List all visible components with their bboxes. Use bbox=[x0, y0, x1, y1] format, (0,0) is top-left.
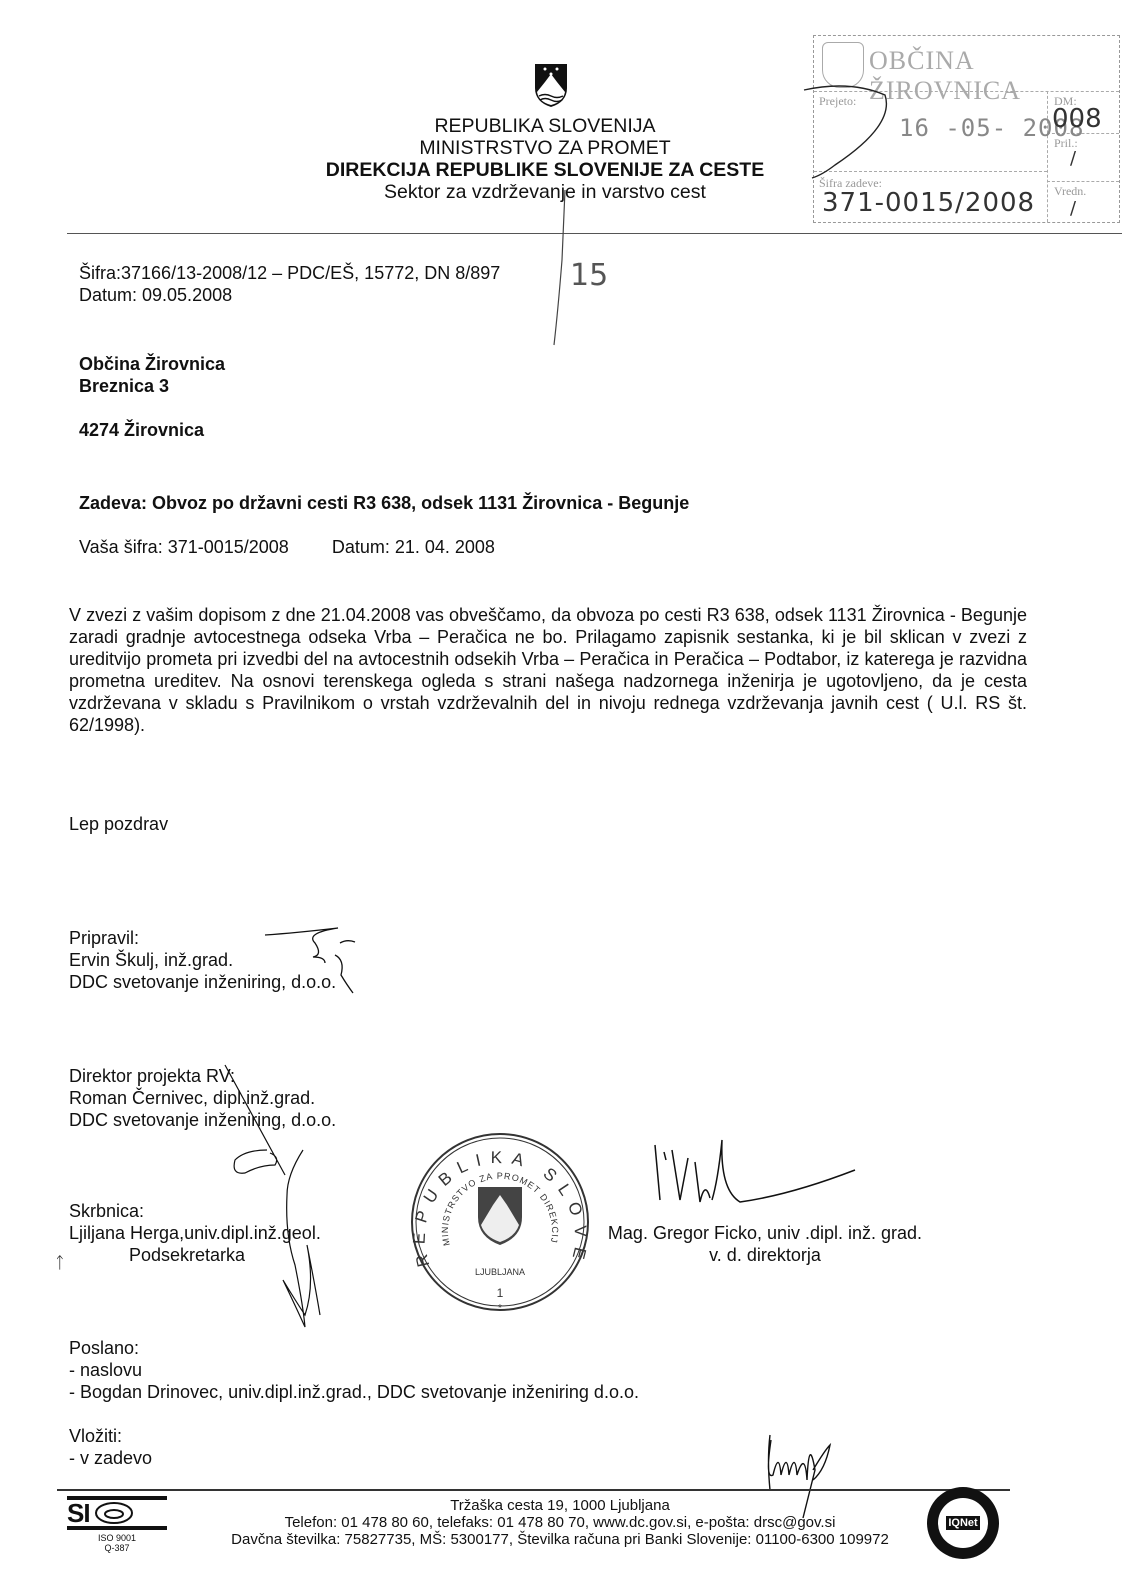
case-value: 371-0015/2008 bbox=[822, 188, 1035, 218]
dm-value: 008 bbox=[1052, 104, 1102, 134]
custodian-name: Ljiljana Herga,univ.dipl.inž.geol. bbox=[69, 1222, 321, 1244]
vredn-label: Vredn. bbox=[1054, 184, 1086, 199]
header-sector: Sektor za vzdrževanje in varstvo cest bbox=[300, 181, 790, 203]
recipient-street: Breznica 3 bbox=[79, 375, 225, 397]
director-name: Mag. Gregor Ficko, univ .dipl. inž. grad… bbox=[595, 1222, 935, 1244]
custodian-label: Skrbnica: bbox=[69, 1200, 321, 1222]
pencil-mark-icon: ᛏ bbox=[55, 1255, 65, 1273]
header-directorate: DIREKCIJA REPUBLIKE SLOVENIJE ZA CESTE bbox=[300, 159, 790, 181]
recipient-name: Občina Žirovnica bbox=[79, 353, 225, 375]
vredn-value: / bbox=[1070, 198, 1076, 219]
pril-value: / bbox=[1070, 148, 1076, 169]
iso-logo-text: SI bbox=[67, 1498, 90, 1529]
signature-director-icon bbox=[650, 1140, 860, 1210]
file-item: - v zadevo bbox=[69, 1447, 639, 1469]
recipient-block: Občina Žirovnica Breznica 3 4274 Žirovni… bbox=[79, 353, 225, 441]
footer-tax-line: Davčna številka: 75827735, MŠ: 5300177, … bbox=[150, 1531, 970, 1548]
letter-body: V zvezi z vašim dopisom z dne 21.04.2008… bbox=[69, 604, 1027, 736]
recipient-city: 4274 Žirovnica bbox=[79, 419, 225, 441]
custodian-block: Skrbnica: Ljiljana Herga,univ.dipl.inž.g… bbox=[69, 1200, 321, 1266]
director-title: v. d. direktorja bbox=[595, 1244, 935, 1266]
closing: Lep pozdrav bbox=[69, 813, 168, 835]
signature-prepared-icon bbox=[265, 925, 385, 1005]
your-reference-date: Datum: 21. 04. 2008 bbox=[332, 537, 495, 557]
reference-code: Šifra:37166/13-2008/12 – PDC/EŠ, 15772, … bbox=[79, 262, 500, 284]
reference-block: Šifra:37166/13-2008/12 – PDC/EŠ, 15772, … bbox=[79, 262, 500, 306]
svg-text:*: * bbox=[498, 1303, 502, 1314]
file-label: Vložiti: bbox=[69, 1425, 639, 1447]
footer-contact-line: Telefon: 01 478 80 60, telefaks: 01 478 … bbox=[150, 1514, 970, 1531]
sent-item: - Bogdan Drinovec, univ.dipl.inž.grad., … bbox=[69, 1381, 639, 1403]
subject-line: Zadeva: Obvoz po državni cesti R3 638, o… bbox=[79, 492, 689, 514]
header-divider bbox=[67, 233, 1122, 234]
iso-emblem-icon bbox=[94, 1501, 134, 1525]
seal-number: 1 bbox=[497, 1286, 504, 1300]
iqnet-logo-text: IQNet bbox=[946, 1516, 979, 1530]
stamp-title: OBČINA ŽIROVNICA bbox=[869, 46, 1119, 106]
footer-contact: Tržaška cesta 19, 1000 Ljubljana Telefon… bbox=[150, 1497, 970, 1548]
director-block: Mag. Gregor Ficko, univ .dipl. inž. grad… bbox=[595, 1222, 935, 1266]
official-seal-icon: REPUBLIKA SLOVENIJA MINISTRSTVO ZA PROME… bbox=[405, 1125, 595, 1320]
handwritten-vertical-line-icon bbox=[550, 190, 570, 350]
distribution-block: Poslano: - naslovu - Bogdan Drinovec, un… bbox=[69, 1337, 639, 1469]
municipality-crest-icon bbox=[822, 42, 864, 88]
coat-of-arms-icon bbox=[533, 62, 569, 108]
footer-address: Tržaška cesta 19, 1000 Ljubljana bbox=[150, 1497, 970, 1514]
handwritten-mark-icon bbox=[800, 85, 900, 185]
header-republic: REPUBLIKA SLOVENIJA bbox=[300, 115, 790, 137]
custodian-title: Podsekretarka bbox=[69, 1244, 321, 1266]
footer-divider bbox=[57, 1489, 1010, 1491]
sent-label: Poslano: bbox=[69, 1337, 639, 1359]
your-reference: Vaša šifra: 371-0015/2008 Datum: 21. 04.… bbox=[79, 536, 495, 558]
sent-item: - naslovu bbox=[69, 1359, 639, 1381]
handwritten-number: 15 bbox=[570, 258, 608, 293]
your-reference-code: Vaša šifra: 371-0015/2008 bbox=[79, 537, 289, 557]
reference-date: Datum: 09.05.2008 bbox=[79, 284, 500, 306]
seal-city: LJUBLJANA bbox=[475, 1267, 525, 1277]
header-ministry: MINISTRSTVO ZA PROMET bbox=[300, 137, 790, 159]
iqnet-logo: IQNet bbox=[927, 1487, 999, 1559]
letterhead: REPUBLIKA SLOVENIJA MINISTRSTVO ZA PROME… bbox=[300, 115, 790, 203]
